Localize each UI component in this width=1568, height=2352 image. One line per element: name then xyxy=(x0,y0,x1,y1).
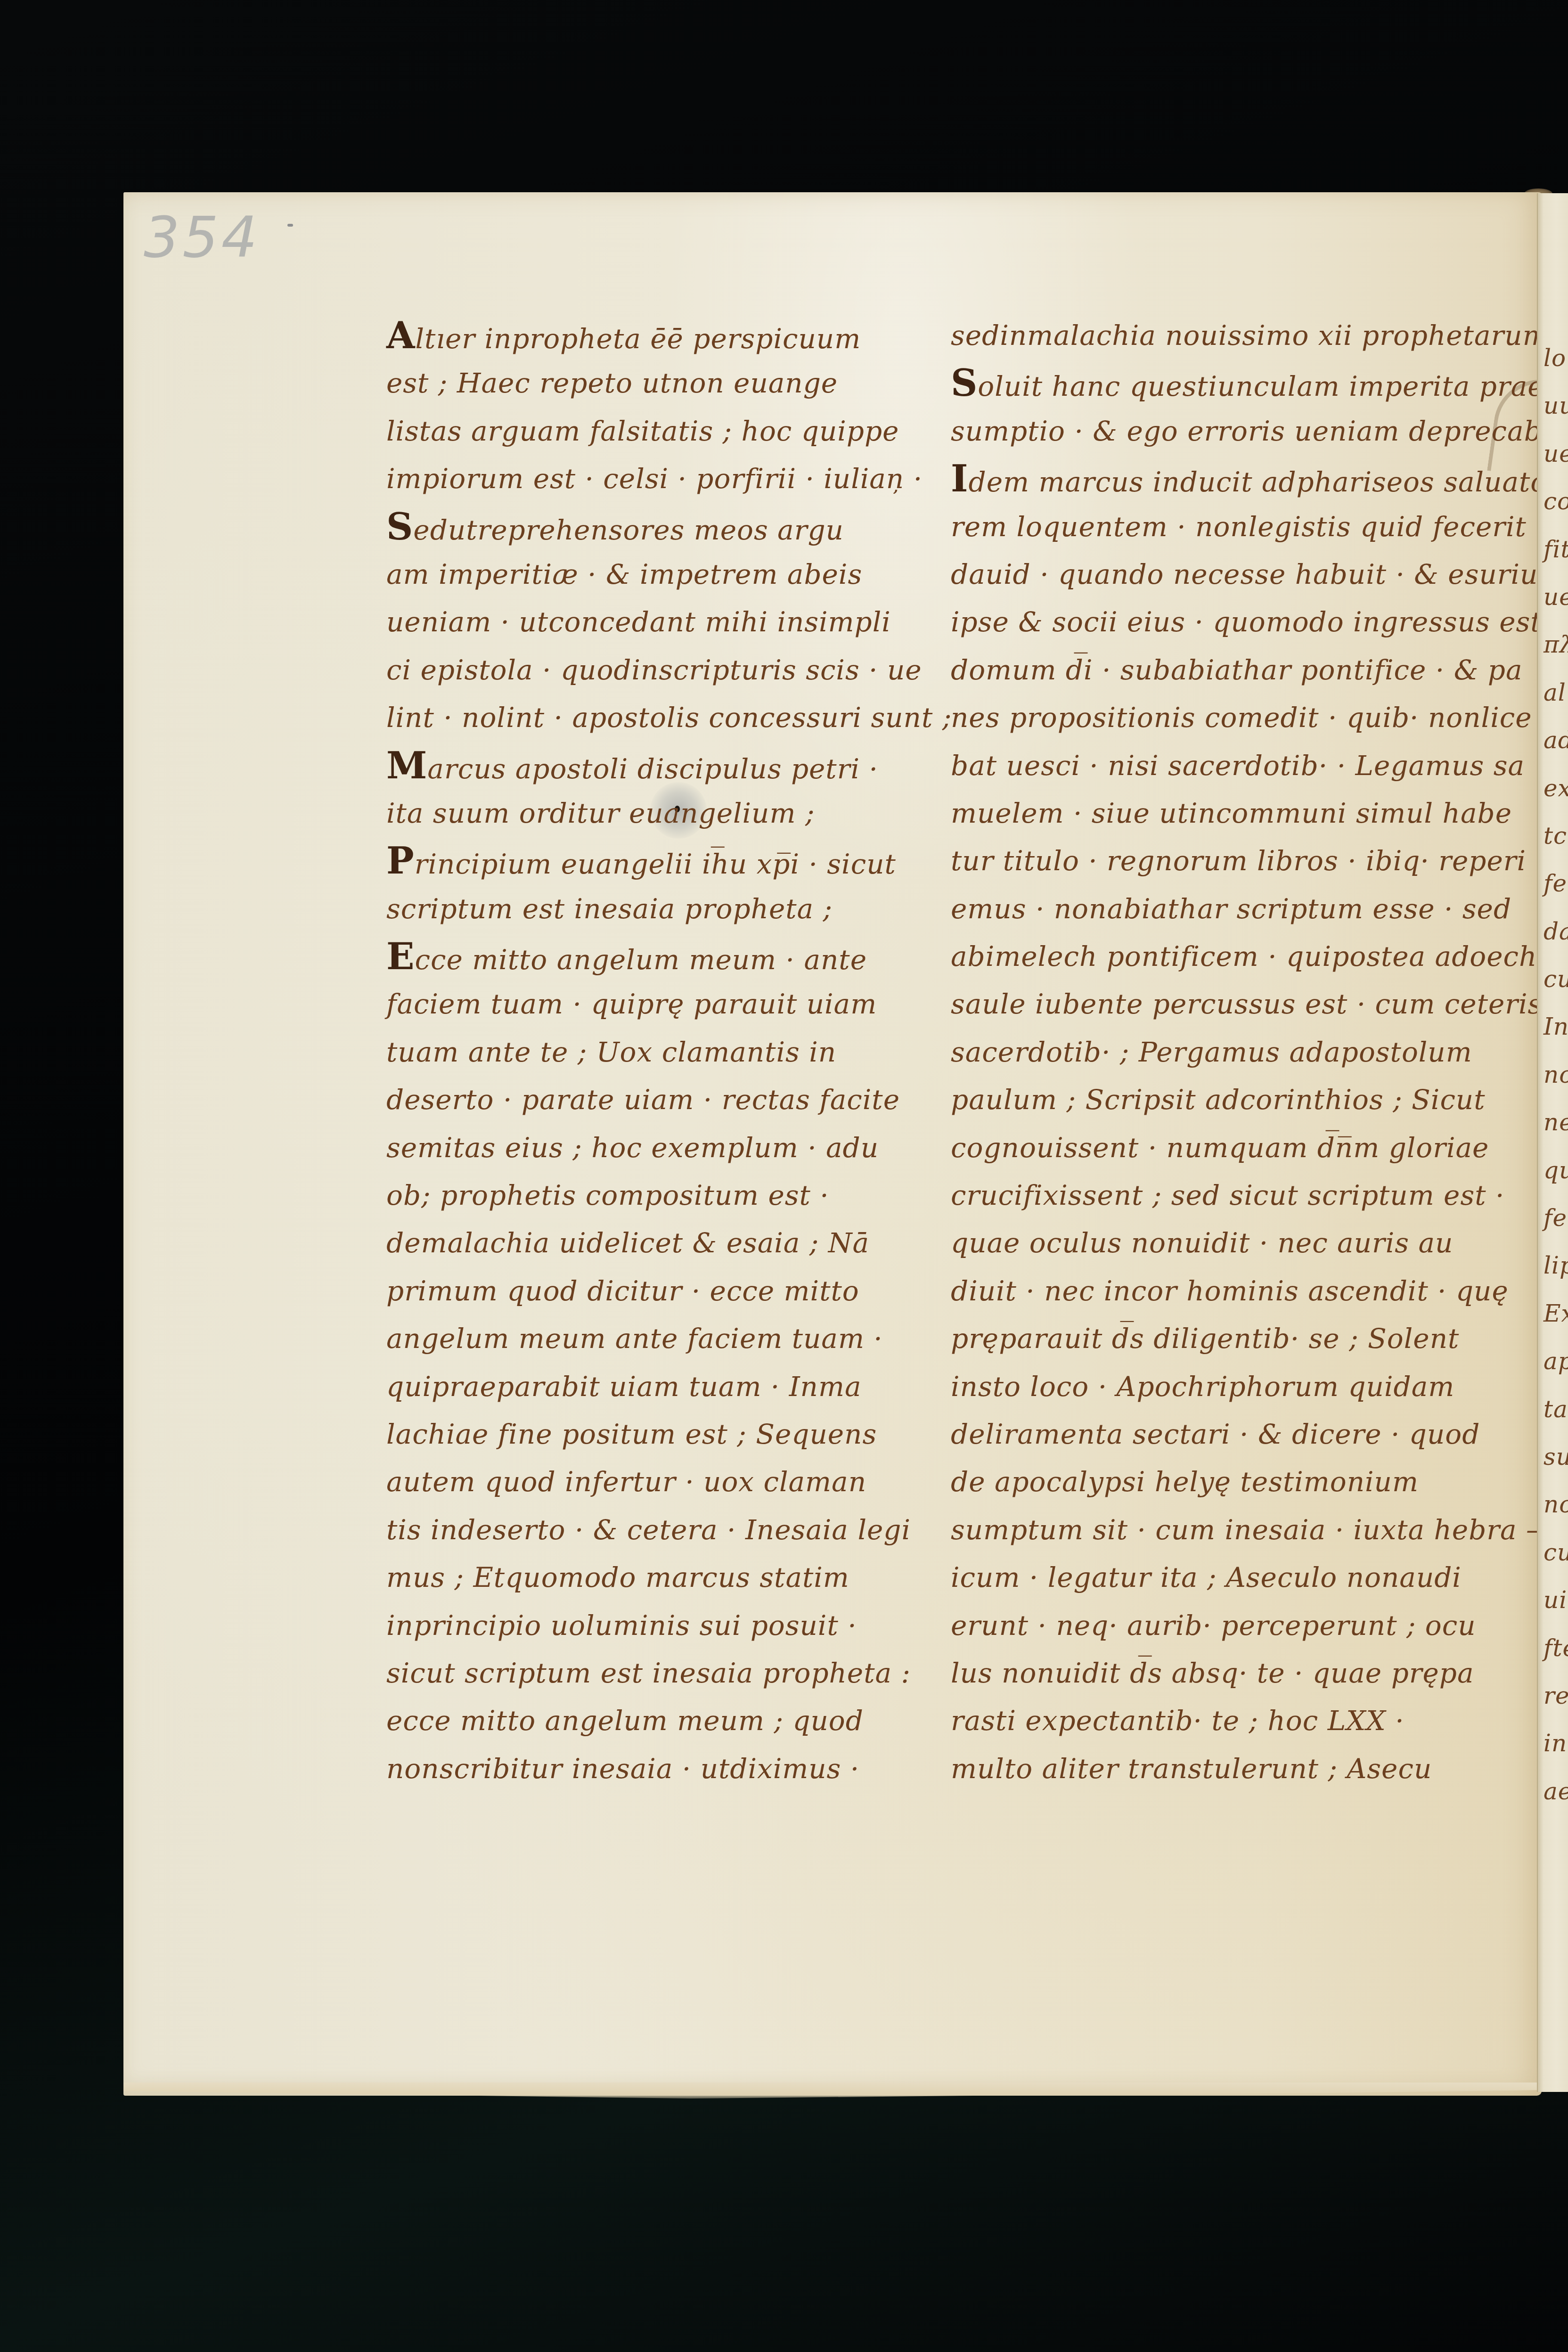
next-page-line-fragment: fer xyxy=(1538,1194,1568,1242)
line-text: sicut scriptum est inesaia propheta : xyxy=(386,1657,911,1689)
manuscript-line: multo aliter transtulerunt ; Asecu xyxy=(951,1745,1502,1793)
line-text: inprincipio uoluminis sui posuit · xyxy=(386,1609,857,1641)
line-text: sedinmalachia nouissimo xii prophetarum … xyxy=(951,319,1568,351)
manuscript-line: am imperitiæ · & impetrem abeis xyxy=(386,551,914,598)
line-text: sumptum sit · cum inesaia · iuxta hebra … xyxy=(951,1514,1554,1546)
manuscript-line: Idem marcus inducit adphariseos saluato xyxy=(951,455,1502,503)
line-text: paulum ; Scripsit adcorinthios ; Sicut xyxy=(951,1084,1486,1116)
next-page-line-fragment: ad xyxy=(1538,717,1568,764)
next-page-line-fragment: da xyxy=(1538,908,1568,955)
line-text: deserto · parate uiam · rectas facite xyxy=(386,1084,900,1116)
manuscript-line: icum · legatur ita ; Aseculo nonaudi xyxy=(951,1554,1502,1601)
line-text: sumptio · & ego erroris ueniam deprecabo… xyxy=(951,415,1568,447)
decorated-initial: S xyxy=(386,506,413,548)
line-text: tis indeserto · & cetera · Inesaia legi xyxy=(386,1514,911,1546)
manuscript-line: Soluit hanc questiunculam imperita prae xyxy=(951,359,1502,407)
line-text: edutreprehensores meos argu xyxy=(413,514,844,546)
manuscript-line: deserto · parate uiam · rectas facite xyxy=(386,1076,914,1124)
line-text: rem loquentem · nonlegistis quid fecerit xyxy=(951,511,1527,543)
line-text: multo aliter transtulerunt ; Asecu xyxy=(951,1753,1432,1785)
manuscript-line: primum quod dicitur · ecce mitto xyxy=(386,1267,914,1315)
line-text: nonscribitur inesaia · utdiximus · xyxy=(386,1753,859,1785)
line-text: bat uesci · nisi sacerdotib· · Legamus s… xyxy=(951,750,1525,782)
manuscript-line: dauid · quando necesse habuit · & esuriu… xyxy=(951,551,1502,598)
line-text: abimelech pontificem · quipostea adoech … xyxy=(951,940,1555,972)
next-page-line-fragment: cun xyxy=(1538,1529,1568,1576)
manuscript-line: crucifixissent ; sed sicut scriptum est … xyxy=(951,1172,1502,1219)
line-text: ueniam · utconcedant mihi insimpli xyxy=(386,606,891,638)
line-text: listas arguam falsitatis ; hoc quippe xyxy=(386,415,899,447)
manuscript-line: insto loco · Apochriphorum quidam xyxy=(951,1363,1502,1411)
folio-page-number: 354 xyxy=(144,205,260,270)
next-page-line-fragment: ex xyxy=(1538,765,1568,812)
manuscript-line: sicut scriptum est inesaia propheta : xyxy=(386,1650,914,1697)
manuscript-line: faciem tuam · quiprę parauit uiam xyxy=(386,980,914,1028)
line-text: domum d̅i · subabiathar pontifice · & pa xyxy=(951,654,1522,686)
page-number-dot xyxy=(287,224,293,227)
next-page-line-fragment: fe xyxy=(1538,860,1568,907)
line-text: semitas eius ; hoc exemplum · adu xyxy=(386,1132,879,1164)
decorated-initial: I xyxy=(951,457,969,500)
next-page-line-fragment: ue xyxy=(1538,430,1568,478)
line-text: autem quod infertur · uox claman xyxy=(386,1466,866,1498)
line-text: angelum meum ante faciem tuam · xyxy=(386,1323,883,1355)
manuscript-line: listas arguam falsitatis ; hoc quippe xyxy=(386,408,914,455)
line-text: scriptum est inesaia propheta ; xyxy=(386,893,833,925)
next-page-line-fragment: Ex xyxy=(1538,1290,1568,1338)
line-text: arcus apostoli discipulus petri · xyxy=(427,753,878,785)
manuscript-line: ob; prophetis compositum est · xyxy=(386,1172,914,1219)
next-page-fragments: louuuecofitueπλaladextcfedacuInnoneqquof… xyxy=(1538,335,1568,1815)
manuscript-line: impiorum est · celsi · porfirii · iulian… xyxy=(386,455,914,503)
line-text: faciem tuam · quiprę parauit uiam xyxy=(386,988,877,1020)
line-text: erunt · neq· aurib· perceperunt ; ocu xyxy=(951,1609,1476,1641)
manuscript-line: est ; Haec repeto utnon euange xyxy=(386,359,914,407)
manuscript-line: Principium euangelii ih̅u xp̅i · sicut xyxy=(386,837,914,885)
line-text: quipraeparabit uiam tuam · Inma xyxy=(386,1371,862,1403)
line-text: mus ; Etquomodo marcus statim xyxy=(386,1561,849,1593)
manuscript-line: ci epistola · quodinscripturis scis · ue xyxy=(386,646,914,694)
line-text: rasti expectantib· te ; hoc LXX · xyxy=(951,1705,1405,1737)
line-text: sacerdotib· ; Pergamus adapostolum xyxy=(951,1036,1472,1068)
manuscript-line: nonscribitur inesaia · utdiximus · xyxy=(386,1745,914,1793)
line-text: icum · legatur ita ; Aseculo nonaudi xyxy=(951,1561,1462,1593)
next-page-line-fragment: fte xyxy=(1538,1625,1568,1672)
next-page-line-fragment: al xyxy=(1538,669,1568,717)
manuscript-line: muelem · siue utincommuni simul habe xyxy=(951,790,1502,837)
decorated-initial: S xyxy=(951,362,978,405)
next-page-line-fragment: πλ xyxy=(1538,621,1568,669)
line-text: ci epistola · quodinscripturis scis · ue xyxy=(386,654,922,686)
manuscript-line: de apocalypsi helyę testimonium xyxy=(951,1458,1502,1506)
next-page-line-fragment: ue xyxy=(1538,573,1568,621)
manuscript-line: abimelech pontificem · quipostea adoech … xyxy=(951,933,1502,980)
line-text: pręparauit d̅s diligentib· se ; Solent xyxy=(951,1323,1459,1355)
manuscript-line: ipse & socii eius · quomodo ingressus es… xyxy=(951,598,1502,646)
line-text: insto loco · Apochriphorum quidam xyxy=(951,1371,1454,1403)
manuscript-line: domum d̅i · subabiathar pontifice · & pa xyxy=(951,646,1502,694)
line-text: quae oculus nonuidit · nec auris au xyxy=(951,1227,1453,1259)
line-text: lachiae fine positum est ; Sequens xyxy=(386,1418,877,1450)
line-text: cognouissent · numquam d̅n̅m gloriae xyxy=(951,1132,1489,1164)
manuscript-line: lint · nolint · apostolis concessuri sun… xyxy=(386,694,914,742)
next-page-line-fragment: in xyxy=(1538,1720,1568,1767)
manuscript-line: sumptio · & ego erroris ueniam deprecabo… xyxy=(951,408,1502,455)
manuscript-line: ecce mitto angelum meum ; quod xyxy=(386,1697,914,1745)
line-text: ipse & socii eius · quomodo ingressus es… xyxy=(951,606,1542,638)
line-text: rincipium euangelii ih̅u xp̅i · sicut xyxy=(415,848,896,880)
line-text: cce mitto angelum meum · ante xyxy=(415,944,867,976)
decorated-initial: A xyxy=(386,314,416,357)
manuscript-line: nes propositionis comedit · quib· nonlic… xyxy=(951,694,1502,742)
line-text: oluit hanc questiunculam imperita prae xyxy=(978,370,1544,402)
manuscript-line: ueniam · utconcedant mihi insimpli xyxy=(386,598,914,646)
manuscript-line: tis indeserto · & cetera · Inesaia legi xyxy=(386,1506,914,1554)
next-page-line-fragment: sum xyxy=(1538,1433,1568,1481)
next-page-line-fragment: aeg xyxy=(1538,1768,1568,1815)
line-text: deliramenta sectari · & dicere · quod xyxy=(951,1418,1480,1450)
manuscript-line: quae oculus nonuidit · nec auris au xyxy=(951,1219,1502,1267)
line-text: primum quod dicitur · ecce mitto xyxy=(386,1275,859,1307)
decorated-initial: P xyxy=(386,840,415,882)
line-text: dem marcus inducit adphariseos saluato xyxy=(969,466,1548,498)
manuscript-line: tur titulo · regnorum libros · ibiq· rep… xyxy=(951,837,1502,885)
next-page-line-fragment: lo xyxy=(1538,335,1568,382)
manuscript-line: paulum ; Scripsit adcorinthios ; Sicut xyxy=(951,1076,1502,1124)
next-page-line-fragment: uir xyxy=(1538,1576,1568,1624)
line-text: ecce mitto angelum meum ; quod xyxy=(386,1705,864,1737)
manuscript-line: ita suum orditur euangelium ; xyxy=(386,790,914,837)
manuscript-line: bat uesci · nisi sacerdotib· · Legamus s… xyxy=(951,742,1502,790)
next-page-line-fragment: quo xyxy=(1538,1147,1568,1194)
next-page-line-fragment: apo xyxy=(1538,1338,1568,1385)
line-text: tuam ante te ; Uox clamantis in xyxy=(386,1036,836,1068)
manuscript-line: sumptum sit · cum inesaia · iuxta hebra … xyxy=(951,1506,1502,1554)
line-text: de apocalypsi helyę testimonium xyxy=(951,1466,1419,1498)
manuscript-line: emus · nonabiathar scriptum esse · sed xyxy=(951,885,1502,933)
line-text: lus nonuidit d̅s absq· te · quae prępa xyxy=(951,1657,1474,1689)
manuscript-line: semitas eius ; hoc exemplum · adu xyxy=(386,1124,914,1172)
manuscript-line: saule iubente percussus est · cum ceteri… xyxy=(951,980,1502,1028)
line-text: emus · nonabiathar scriptum esse · sed xyxy=(951,893,1511,925)
manuscript-line: Marcus apostoli discipulus petri · xyxy=(386,742,914,790)
manuscript-line: rem loquentem · nonlegistis quid fecerit xyxy=(951,503,1502,551)
right-text-column: sedinmalachia nouissimo xii prophetarum … xyxy=(951,312,1502,1793)
manuscript-line: inprincipio uoluminis sui posuit · xyxy=(386,1602,914,1650)
line-text: muelem · siue utincommuni simul habe xyxy=(951,797,1512,829)
manuscript-line: autem quod infertur · uox claman xyxy=(386,1458,914,1506)
next-page-line-fragment: nop xyxy=(1538,1481,1568,1528)
manuscript-line: demalachia uidelicet & esaia ; Nā xyxy=(386,1219,914,1267)
decorated-initial: M xyxy=(386,744,427,787)
manuscript-line: lachiae fine positum est ; Sequens xyxy=(386,1411,914,1458)
manuscript-line: angelum meum ante faciem tuam · xyxy=(386,1315,914,1363)
manuscript-line: sedinmalachia nouissimo xii prophetarum … xyxy=(951,312,1502,359)
manuscript-line: sacerdotib· ; Pergamus adapostolum xyxy=(951,1029,1502,1076)
manuscript-line: pręparauit d̅s diligentib· se ; Solent xyxy=(951,1315,1502,1363)
line-text: nes propositionis comedit · quib· nonlic… xyxy=(951,702,1532,734)
manuscript-line: quipraeparabit uiam tuam · Inma xyxy=(386,1363,914,1411)
next-page-line-fragment: tac xyxy=(1538,1386,1568,1433)
line-text: ob; prophetis compositum est · xyxy=(386,1179,829,1211)
next-page-line-fragment: uu xyxy=(1538,382,1568,430)
line-text: impiorum est · celsi · porfirii · iulian… xyxy=(386,463,923,495)
next-page-line-fragment: cu xyxy=(1538,955,1568,1003)
next-page-line-fragment: fit xyxy=(1538,526,1568,573)
line-text: demalachia uidelicet & esaia ; Nā xyxy=(386,1227,869,1259)
manuscript-line: erunt · neq· aurib· perceperunt ; ocu xyxy=(951,1602,1502,1650)
line-text: est ; Haec repeto utnon euange xyxy=(386,367,838,399)
next-page-line-fragment: co xyxy=(1538,478,1568,525)
line-text: dauid · quando necesse habuit · & esuriu… xyxy=(951,558,1559,590)
next-page-line-fragment: lip xyxy=(1538,1242,1568,1290)
manuscript-line: Sedutreprehensores meos argu xyxy=(386,503,914,551)
manuscript-line: Ecce mitto angelum meum · ante xyxy=(386,933,914,980)
line-text: ltıer inpropheta ēē perspicuum xyxy=(416,323,861,355)
line-text: am imperitiæ · & impetrem abeis xyxy=(386,558,862,590)
line-text: diuit · nec incor hominis ascendit · quę xyxy=(951,1275,1509,1307)
next-page-line-fragment: no xyxy=(1538,1051,1568,1099)
manuscript-line: diuit · nec incor hominis ascendit · quę xyxy=(951,1267,1502,1315)
decorated-initial: E xyxy=(386,935,415,978)
manuscript-line: scriptum est inesaia propheta ; xyxy=(386,885,914,933)
next-page-line-fragment: tc xyxy=(1538,812,1568,860)
line-text: saule iubente percussus est · cum ceteri… xyxy=(951,988,1542,1020)
next-page-edge: louuuecofitueπλaladextcfedacuInnoneqquof… xyxy=(1537,193,1568,2092)
left-text-column: Altıer inpropheta ēē perspicuumest ; Hae… xyxy=(386,312,914,1793)
next-page-line-fragment: neq xyxy=(1538,1099,1568,1146)
manuscript-line: Altıer inpropheta ēē perspicuum xyxy=(386,312,914,359)
manuscript-line: rasti expectantib· te ; hoc LXX · xyxy=(951,1697,1502,1745)
next-page-line-fragment: In xyxy=(1538,1003,1568,1051)
manuscript-line: tuam ante te ; Uox clamantis in xyxy=(386,1029,914,1076)
manuscript-line: deliramenta sectari · & dicere · quod xyxy=(951,1411,1502,1458)
manuscript-line: mus ; Etquomodo marcus statim xyxy=(386,1554,914,1601)
line-text: crucifixissent ; sed sicut scriptum est … xyxy=(951,1179,1504,1211)
line-text: lint · nolint · apostolis concessuri sun… xyxy=(386,702,952,734)
manuscript-line: lus nonuidit d̅s absq· te · quae prępa xyxy=(951,1650,1502,1697)
next-page-line-fragment: rer xyxy=(1538,1672,1568,1720)
manuscript-line: cognouissent · numquam d̅n̅m gloriae xyxy=(951,1124,1502,1172)
line-text: ita suum orditur euangelium ; xyxy=(386,797,815,829)
line-text: tur titulo · regnorum libros · ibiq· rep… xyxy=(951,845,1526,877)
